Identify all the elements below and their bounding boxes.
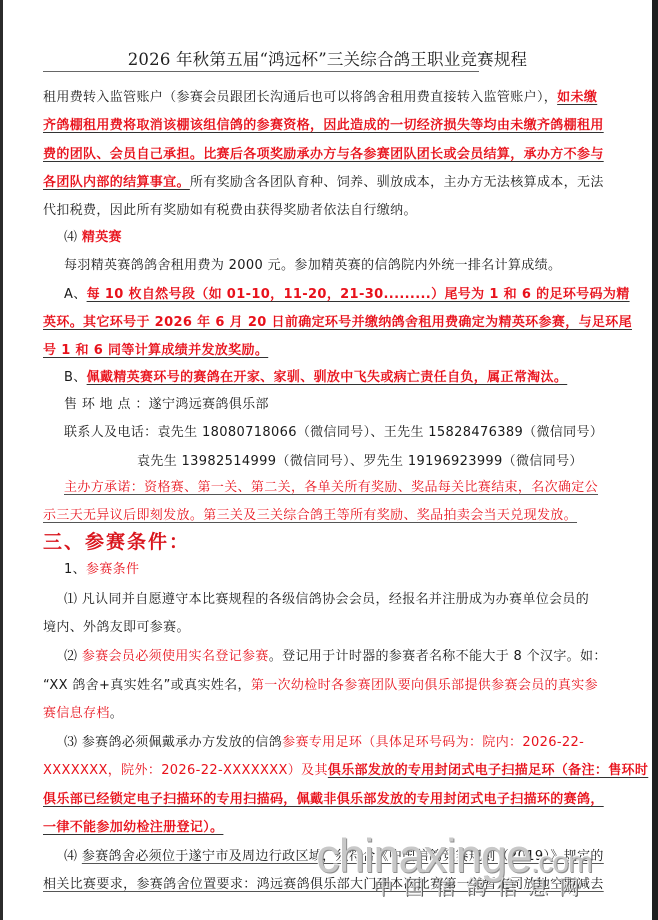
text-segment: 。登记用于计时器的参赛者名称不能大于 8 个汉字。如：	[269, 649, 607, 664]
text-line: 各团队内部的结算事宜。所有奖励含各团队育种、饲养、驯放成本，主办方无法核算成本，…	[43, 171, 604, 190]
text-line: 俱乐部已经锁定电子扫描环的专用扫描码，佩戴非俱乐部发放的专用封闭式电子扫描环的赛…	[43, 788, 604, 807]
text-segment: ⑵	[64, 649, 82, 664]
emphasized-text-segment: 如未缴	[557, 90, 597, 105]
title-divider	[43, 71, 479, 72]
text-line: 联系人及电话：袁先生 18080718066（微信同号）、王先生 1582847…	[64, 421, 603, 440]
subsection-1: 1、参赛条件	[64, 558, 139, 577]
text-line: 一律不能参加幼检注册登记）。	[43, 816, 223, 835]
text-segment: 代扣税费，因此所有奖励如有税费由获得奖励者依法自行缴纳。	[43, 203, 417, 218]
text-line: 费的团队、会员自己承担。比赛后各项奖励承办方与各参赛团队团长或会员结算，承办方不…	[43, 143, 604, 162]
text-segment: ⑷	[64, 849, 82, 864]
text-segment: B、	[64, 370, 87, 385]
text-segment: 。	[110, 706, 123, 721]
subsection-label: 参赛条件	[86, 562, 139, 577]
text-line: ⑴ 凡认同并自愿遵守本比赛规程的各级信鸽协会会员，经报名并注册成为办赛单位会员的	[64, 588, 589, 607]
text-line: 境内、外鸽友即可参赛。	[43, 616, 190, 635]
text-line: 号 1 和 6 同等计算成绩并发放奖励。	[43, 339, 268, 358]
text-line: 示三天无异议后即刻发放。第三关及三关综合鸽王等所有奖励、奖品拍卖会当天兑现发放。	[43, 504, 577, 523]
text-line: B、佩戴精英赛环号的赛鸽在开家、家驯、驯放中飞失或病亡责任自负，属正常淘汰。	[64, 366, 567, 385]
emphasized-text-segment: 每 10 枚自然号段（如 01-10，11-20，21-30.........）…	[87, 287, 630, 302]
text-segment: 所有奖励含各团队育种、饲养、驯放成本，主办方无法核算成本，无法	[190, 175, 604, 190]
text-line: 租用费转入监管账户（参赛会员跟团长沟通后也可以将鸽舍租用费直接转入监管账户），如…	[43, 86, 597, 105]
emphasized-text-segment: 英环。其它环号于 2026 年 6 月 20 日前确定环号并缴纳鸽舍租用费确定为…	[43, 315, 632, 330]
document-page: 2026 年秋第五届“鸿远杯”三关综合鸽王职业竞赛规程 租用费转入监管账户（参赛…	[3, 0, 652, 920]
text-line: ⑶ 参赛鸽必须佩戴承办方发放的信鸽参赛专用足环（具体足环号码为：院内：2026-…	[64, 731, 584, 750]
text-segment: 租用费转入监管账户（参赛会员跟团长沟通后也可以将鸽舍租用费直接转入监管账户），	[43, 90, 557, 105]
text-segment: 售 环 地 点 ：遂宁鸿远赛鸽俱乐部	[64, 397, 269, 412]
text-segment: ⑷	[64, 230, 82, 245]
emphasized-text-segment: 各团队内部的结算事宜。	[43, 175, 190, 190]
emphasized-text-segment: 精英赛	[82, 230, 122, 245]
watermark-site-name: 中国信鸽信息网	[373, 871, 590, 900]
emphasized-text-segment: 齐鸽棚租用费将取消该棚该组信鸽的参赛资格，因此造成的一切经济损失等均由未缴齐鸽棚…	[43, 118, 604, 133]
document-title: 2026 年秋第五届“鸿远杯”三关综合鸽王职业竞赛规程	[3, 46, 652, 70]
emphasized-text-segment: 第一次幼检时各参赛团队要向俱乐部提供参赛会员的真实参	[251, 678, 598, 693]
text-segment: 联系人及电话：袁先生 18080718066（微信同号）、王先生 1582847…	[64, 425, 603, 440]
emphasized-text-segment: 费的团队、会员自己承担。比赛后各项奖励承办方与各参赛团队团长或会员结算，承办方不…	[43, 147, 604, 162]
text-line: ⑵ 参赛会员必须使用实名登记参赛。登记用于计时器的参赛者名称不能大于 8 个汉字…	[64, 645, 607, 664]
text-line: ⑷ 精英赛	[64, 226, 122, 245]
text-line: 袁先生 13982514999（微信同号）、罗先生 19196923999（微信…	[137, 450, 583, 469]
text-segment: ⑴ 凡认同并自愿遵守本比赛规程的各级信鸽协会会员，经报名并注册成为办赛单位会员的	[64, 592, 589, 607]
text-line: 售 环 地 点 ：遂宁鸿远赛鸽俱乐部	[64, 393, 269, 412]
emphasized-text-segment: 赛信息存档	[43, 706, 110, 721]
text-line: 主办方承诺：资格赛、第一关、第二关，各单关所有奖励、奖品每关比赛结束，名次确定公	[64, 476, 598, 495]
text-segment: A、	[64, 287, 87, 302]
emphasized-text-segment: 俱乐部已经锁定电子扫描环的专用扫描码，佩戴非俱乐部发放的专用封闭式电子扫描环的赛…	[43, 792, 604, 807]
text-line: A、每 10 枚自然号段（如 01-10，11-20，21-30........…	[64, 283, 630, 302]
text-segment: ⑶ 参赛鸽必须佩戴承办方发放的信鸽	[64, 735, 282, 750]
section-heading-participation: 三、参赛条件：	[43, 527, 190, 554]
text-line: 代扣税费，因此所有奖励如有税费由获得奖励者依法自行缴纳。	[43, 199, 417, 218]
emphasized-text-segment: 参赛专用足环（具体足环号码为：院内：2026-22-	[282, 735, 584, 750]
text-line: 赛信息存档。	[43, 702, 123, 721]
emphasized-text-segment: 示三天无异议后即刻发放。第三关及三关综合鸽王等所有奖励、奖品拍卖会当天兑现发放。	[43, 508, 577, 523]
text-line: 每羽精英赛鸽鸽舍租用费为 2000 元。参加精英赛的信鸽院内外统一排名计算成绩。	[64, 254, 561, 273]
text-line: “XX 鸽舍+真实姓名”或真实姓名，第一次幼检时各参赛团队要向俱乐部提供参赛会员…	[43, 674, 598, 693]
emphasized-text-segment: 号 1 和 6 同等计算成绩并发放奖励。	[43, 343, 268, 358]
right-frame-border	[652, 0, 658, 920]
emphasized-text-segment: XXXXXXX，院外：2026-22-XXXXXXX）及其	[43, 763, 328, 778]
text-line: 英环。其它环号于 2026 年 6 月 20 日前确定环号并缴纳鸽舍租用费确定为…	[43, 311, 632, 330]
emphasized-text-segment: 参赛会员必须使用实名登记参赛	[82, 649, 269, 664]
emphasized-text-segment: 佩戴精英赛环号的赛鸽在开家、家驯、驯放中飞失或病亡责任自负，属正常淘汰。	[87, 370, 568, 385]
emphasized-text-segment: 俱乐部发放的专用封闭式电子扫描足环（备注：售环时	[328, 763, 648, 778]
text-line: XXXXXXX，院外：2026-22-XXXXXXX）及其俱乐部发放的专用封闭式…	[43, 759, 648, 778]
text-segment: 境内、外鸽友即可参赛。	[43, 620, 190, 635]
emphasized-text-segment: 主办方承诺：资格赛、第一关、第二关，各单关所有奖励、奖品每关比赛结束，名次确定公	[64, 480, 598, 495]
text-segment: “XX 鸽舍+真实姓名”或真实姓名，	[43, 678, 251, 693]
text-segment: 袁先生 13982514999（微信同号）、罗先生 19196923999（微信…	[137, 454, 583, 469]
text-line: 齐鸽棚租用费将取消该棚该组信鸽的参赛资格，因此造成的一切经济损失等均由未缴齐鸽棚…	[43, 114, 604, 133]
text-segment: 每羽精英赛鸽鸽舍租用费为 2000 元。参加精英赛的信鸽院内外统一排名计算成绩。	[64, 258, 561, 273]
subsection-number: 1、	[64, 562, 86, 577]
emphasized-text-segment: 一律不能参加幼检注册登记）。	[43, 820, 223, 835]
